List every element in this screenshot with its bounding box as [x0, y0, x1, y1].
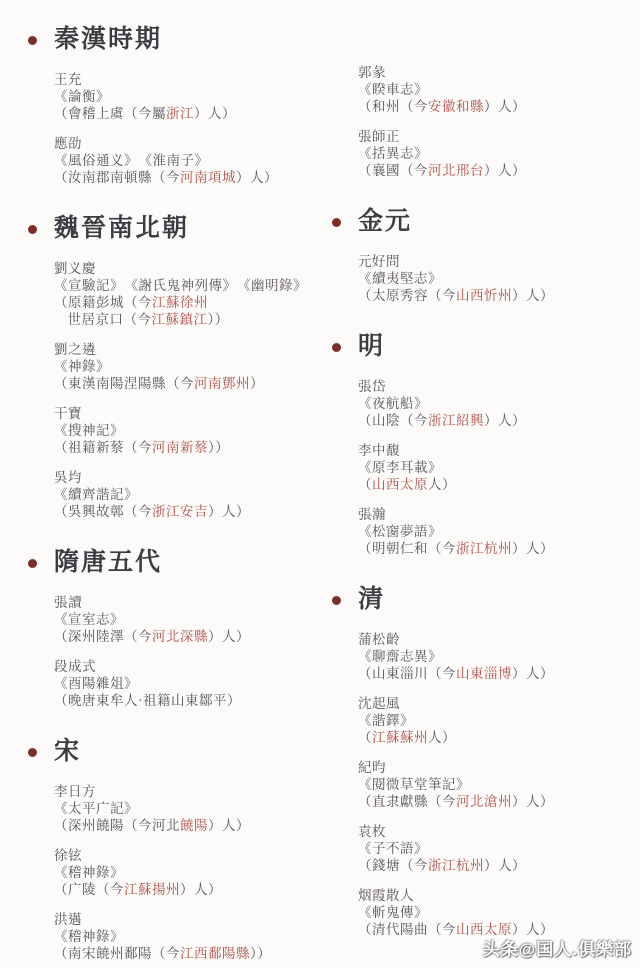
- location-text: ）人）: [484, 163, 526, 178]
- modern-place-name: 山西太原: [372, 477, 428, 492]
- book-titles: 《稽神錄》: [54, 928, 332, 945]
- author-name: 元好問: [358, 253, 620, 270]
- bullet-icon: [332, 596, 341, 605]
- location-line: （晚唐東牟人·祖籍山東鄒平）: [54, 692, 332, 709]
- location-text: （晚唐東牟人·祖籍山東鄒平）: [54, 693, 241, 708]
- watermark: 头条@国人.俱樂部: [483, 935, 632, 960]
- modern-place-name: 浙江安吉: [152, 504, 208, 519]
- location-text: （汝南郡南頓縣（今: [54, 170, 180, 185]
- bullet-icon: [28, 36, 37, 45]
- bullet-icon: [332, 218, 341, 227]
- modern-place-name: 浙江紹興: [428, 413, 484, 428]
- author-name: 張師正: [358, 128, 620, 145]
- location-line: （祖籍新蔡（今河南新蔡））: [54, 439, 332, 456]
- author-name: 李中馥: [358, 442, 620, 459]
- location-text: ）人）: [512, 794, 554, 809]
- location-text: 人）: [428, 730, 456, 745]
- author-entry: 張岱《夜航船》（山陰（今浙江紹興）人）: [358, 378, 620, 429]
- author-name: 劉义慶: [54, 260, 332, 277]
- author-entry: 吳均《續齊諧記》（吳興故鄣（今浙江安吉）人）: [54, 469, 332, 520]
- section-title: 秦漢時期: [54, 26, 162, 53]
- book-titles: 《太平广記》: [54, 800, 332, 817]
- location-line: （原籍彭城（今江蘇徐州: [54, 294, 332, 311]
- location-line: （錢塘（今浙江杭州）人）: [358, 857, 620, 874]
- section-title: 明: [358, 333, 385, 360]
- author-name: 徐铉: [54, 847, 332, 864]
- author-name: 張讀: [54, 594, 332, 611]
- book-titles: 《稽神錄》: [54, 864, 332, 881]
- location-text: ）人）: [512, 541, 554, 556]
- modern-place-name: 河北滄州: [456, 794, 512, 809]
- author-name: 段成式: [54, 658, 332, 675]
- modern-place-name: 河南新蔡: [152, 440, 208, 455]
- modern-place-name: 浙江杭州: [428, 858, 484, 873]
- section-title: 金元: [358, 208, 412, 235]
- book-titles: 《子不語》: [358, 840, 620, 857]
- modern-place-name: 安徽和縣: [428, 99, 484, 114]
- author-name: 袁枚: [358, 823, 620, 840]
- modern-place-name: 江蘇蘇州: [372, 730, 428, 745]
- location-text: （山東淄川（今: [358, 666, 456, 681]
- bullet-icon: [332, 343, 341, 352]
- author-entry: 沈起風《諧鐸》（江蘇蘇州人）: [358, 695, 620, 746]
- location-text: （太原秀容（今: [358, 288, 456, 303]
- location-line: （明朝仁和（今浙江杭州）人）: [358, 540, 620, 557]
- author-entry: 劉之遴《神錄》（東漢南陽涅陽縣（今河南鄧州）: [54, 341, 332, 392]
- book-titles: 《夜航船》: [358, 395, 620, 412]
- book-titles: 《閱微草堂筆記》: [358, 776, 620, 793]
- author-entry: 李日方《太平广記》（深州饒陽（今河北饒陽）人）: [54, 783, 332, 834]
- location-line: （广陵（今江蘇揚州）人）: [54, 881, 332, 898]
- location-text: （吳興故鄣（今: [54, 504, 152, 519]
- location-text: （直隶獻縣（今: [358, 794, 456, 809]
- book-titles: 《原李耳載》: [358, 459, 620, 476]
- section-header: 明: [358, 331, 620, 363]
- location-text: ）人）: [512, 666, 554, 681]
- author-name: 劉之遴: [54, 341, 332, 358]
- modern-place-name: 江蘇揚州: [124, 882, 180, 897]
- location-line: （吳興故鄣（今浙江安吉）人）: [54, 503, 332, 520]
- author-name: 應劭: [54, 135, 332, 152]
- section-title: 清: [358, 586, 385, 613]
- section-header: 魏晉南北朝: [54, 213, 332, 245]
- location-text: ）人）: [236, 170, 278, 185]
- book-titles: 《睽車志》: [358, 81, 620, 98]
- location-text: （祖籍新蔡（今: [54, 440, 152, 455]
- location-line: （山陰（今浙江紹興）人）: [358, 412, 620, 429]
- location-line: （深州陸澤（今河北深縣）人）: [54, 628, 332, 645]
- author-entry: 烟霞散人《斬鬼傳》（清代陽曲（今山西太原）人）: [358, 887, 620, 938]
- column-right: 郭彖《睽車志》（和州（今安徽和縣）人）張師正《括異志》（襄國（今河北邢台）人）金…: [358, 64, 620, 951]
- author-name: 沈起風: [358, 695, 620, 712]
- author-name: 吳均: [54, 469, 332, 486]
- location-text: （清代陽曲（今: [358, 922, 456, 937]
- bullet-icon: [28, 748, 37, 757]
- section-header: 金元: [358, 206, 620, 238]
- modern-place-name: 浙江杭州: [456, 541, 512, 556]
- author-entry: 干寶《搜神記》（祖籍新蔡（今河南新蔡））: [54, 405, 332, 456]
- column-left: 秦漢時期王充《論衡》（會稽上虞（今屬浙江）人）應劭《風俗通义》 《淮南子》（汝南…: [54, 24, 332, 968]
- author-name: 蒲松齡: [358, 631, 620, 648]
- book-titles: 《酉陽雜俎》: [54, 675, 332, 692]
- section-header: 清: [358, 584, 620, 616]
- location-line: （襄國（今河北邢台）人）: [358, 162, 620, 179]
- author-entry: 王充《論衡》（會稽上虞（今屬浙江）人）: [54, 71, 332, 122]
- location-text: ）人）: [208, 504, 250, 519]
- modern-place-name: 山西忻州: [456, 288, 512, 303]
- book-titles: 《續夷堅志》: [358, 270, 620, 287]
- author-entry: 洪邁《稽神錄》（南宋饒州鄱陽（今江西鄱陽縣））: [54, 911, 332, 962]
- location-text: ）人）: [208, 818, 250, 833]
- location-text: （广陵（今: [54, 882, 124, 897]
- location-line: 世居京口（今江蘇鎮江））: [54, 311, 332, 328]
- modern-place-name: 河南項城: [180, 170, 236, 185]
- location-text: （深州陸澤（今: [54, 629, 152, 644]
- location-text: （明朝仁和（今: [358, 541, 456, 556]
- modern-place-name: 江西鄱陽縣: [180, 946, 250, 961]
- author-name: 干寶: [54, 405, 332, 422]
- location-line: （山西太原人）: [358, 476, 620, 493]
- author-name: 紀昀: [358, 759, 620, 776]
- location-line: （會稽上虞（今屬浙江）人）: [54, 105, 332, 122]
- location-text: （東漢南陽涅陽縣（今: [54, 376, 194, 391]
- modern-place-name: 山東淄博: [456, 666, 512, 681]
- author-entry: 蒲松齡《聊齋志異》（山東淄川（今山東淄博）人）: [358, 631, 620, 682]
- book-titles: 《松窗夢語》: [358, 523, 620, 540]
- author-entry: 徐铉《稽神錄》（广陵（今江蘇揚州）人）: [54, 847, 332, 898]
- location-text: ）人）: [512, 288, 554, 303]
- book-titles: 《宣室志》: [54, 611, 332, 628]
- location-text: ））: [250, 946, 271, 961]
- location-line: （東漢南陽涅陽縣（今河南鄧州）: [54, 375, 332, 392]
- book-titles: 《續齊諧記》: [54, 486, 332, 503]
- location-text: 世居京口（今: [68, 312, 152, 327]
- section-header: 宋: [54, 736, 332, 768]
- location-text: （和州（今: [358, 99, 428, 114]
- location-line: （和州（今安徽和縣）人）: [358, 98, 620, 115]
- section-header: 隋唐五代: [54, 547, 332, 579]
- location-text: ）人）: [180, 882, 222, 897]
- book-titles: 《諧鐸》: [358, 712, 620, 729]
- author-entry: 郭彖《睽車志》（和州（今安徽和縣）人）: [358, 64, 620, 115]
- book-titles: 《聊齋志異》: [358, 648, 620, 665]
- author-entry: 劉义慶《宣驗記》 《謝氏鬼神列傳》 《幽明錄》（原籍彭城（今江蘇徐州世居京口（今…: [54, 260, 332, 328]
- location-line: （太原秀容（今山西忻州）人）: [358, 287, 620, 304]
- author-name: 張岱: [358, 378, 620, 395]
- author-entry: 段成式《酉陽雜俎》（晚唐東牟人·祖籍山東鄒平）: [54, 658, 332, 709]
- modern-place-name: 饒陽: [180, 818, 208, 833]
- author-entry: 紀昀《閱微草堂筆記》（直隶獻縣（今河北滄州）人）: [358, 759, 620, 810]
- author-name: 郭彖: [358, 64, 620, 81]
- location-line: （直隶獻縣（今河北滄州）人）: [358, 793, 620, 810]
- location-text: （: [358, 730, 372, 745]
- location-line: （江蘇蘇州人）: [358, 729, 620, 746]
- location-text: （襄國（今: [358, 163, 428, 178]
- book-titles: 《風俗通义》 《淮南子》: [54, 152, 332, 169]
- document-page: 秦漢時期王充《論衡》（會稽上虞（今屬浙江）人）應劭《風俗通义》 《淮南子》（汝南…: [0, 0, 640, 968]
- author-entry: 元好問《續夷堅志》（太原秀容（今山西忻州）人）: [358, 253, 620, 304]
- section-header: 秦漢時期: [54, 24, 332, 56]
- location-text: ））: [208, 440, 229, 455]
- modern-place-name: 浙江: [166, 106, 194, 121]
- location-line: （南宋饒州鄱陽（今江西鄱陽縣））: [54, 945, 332, 962]
- section-title: 隋唐五代: [54, 549, 162, 576]
- location-text: ）人）: [484, 858, 526, 873]
- section-title: 魏晉南北朝: [54, 215, 189, 242]
- author-name: 李日方: [54, 783, 332, 800]
- bullet-icon: [28, 225, 37, 234]
- book-titles: 《括異志》: [358, 145, 620, 162]
- modern-place-name: 河北深縣: [152, 629, 208, 644]
- author-entry: 袁枚《子不語》（錢塘（今浙江杭州）人）: [358, 823, 620, 874]
- location-text: （會稽上虞（今屬: [54, 106, 166, 121]
- location-text: （深州饒陽（今河北: [54, 818, 180, 833]
- author-entry: 李中馥《原李耳載》（山西太原人）: [358, 442, 620, 493]
- location-line: （深州饒陽（今河北饒陽）人）: [54, 817, 332, 834]
- location-text: ）人）: [208, 629, 250, 644]
- location-text: （原籍彭城（今: [54, 295, 152, 310]
- location-text: （錢塘（今: [358, 858, 428, 873]
- location-text: ））: [208, 312, 229, 327]
- author-name: 王充: [54, 71, 332, 88]
- modern-place-name: 江蘇徐州: [152, 295, 208, 310]
- location-text: 人）: [428, 477, 456, 492]
- modern-place-name: 河南鄧州: [194, 376, 250, 391]
- modern-place-name: 河北邢台: [428, 163, 484, 178]
- book-titles: 《論衡》: [54, 88, 332, 105]
- author-name: 烟霞散人: [358, 887, 620, 904]
- author-name: 張瀚: [358, 506, 620, 523]
- author-entry: 張瀚《松窗夢語》（明朝仁和（今浙江杭州）人）: [358, 506, 620, 557]
- location-line: （山東淄川（今山東淄博）人）: [358, 665, 620, 682]
- author-entry: 張師正《括異志》（襄國（今河北邢台）人）: [358, 128, 620, 179]
- bullet-icon: [28, 559, 37, 568]
- location-text: ）人）: [484, 99, 526, 114]
- modern-place-name: 江蘇鎮江: [152, 312, 208, 327]
- section-title: 宋: [54, 738, 81, 765]
- location-text: （南宋饒州鄱陽（今: [54, 946, 180, 961]
- location-text: ）人）: [194, 106, 236, 121]
- author-name: 洪邁: [54, 911, 332, 928]
- author-entry: 張讀《宣室志》（深州陸澤（今河北深縣）人）: [54, 594, 332, 645]
- location-line: （汝南郡南頓縣（今河南項城）人）: [54, 169, 332, 186]
- location-text: ）: [250, 376, 264, 391]
- book-titles: 《搜神記》: [54, 422, 332, 439]
- book-titles: 《宣驗記》 《謝氏鬼神列傳》 《幽明錄》: [54, 277, 332, 294]
- book-titles: 《神錄》: [54, 358, 332, 375]
- location-text: （山陰（今: [358, 413, 428, 428]
- location-text: （: [358, 477, 372, 492]
- location-text: ）人）: [484, 413, 526, 428]
- book-titles: 《斬鬼傳》: [358, 904, 620, 921]
- author-entry: 應劭《風俗通义》 《淮南子》（汝南郡南頓縣（今河南項城）人）: [54, 135, 332, 186]
